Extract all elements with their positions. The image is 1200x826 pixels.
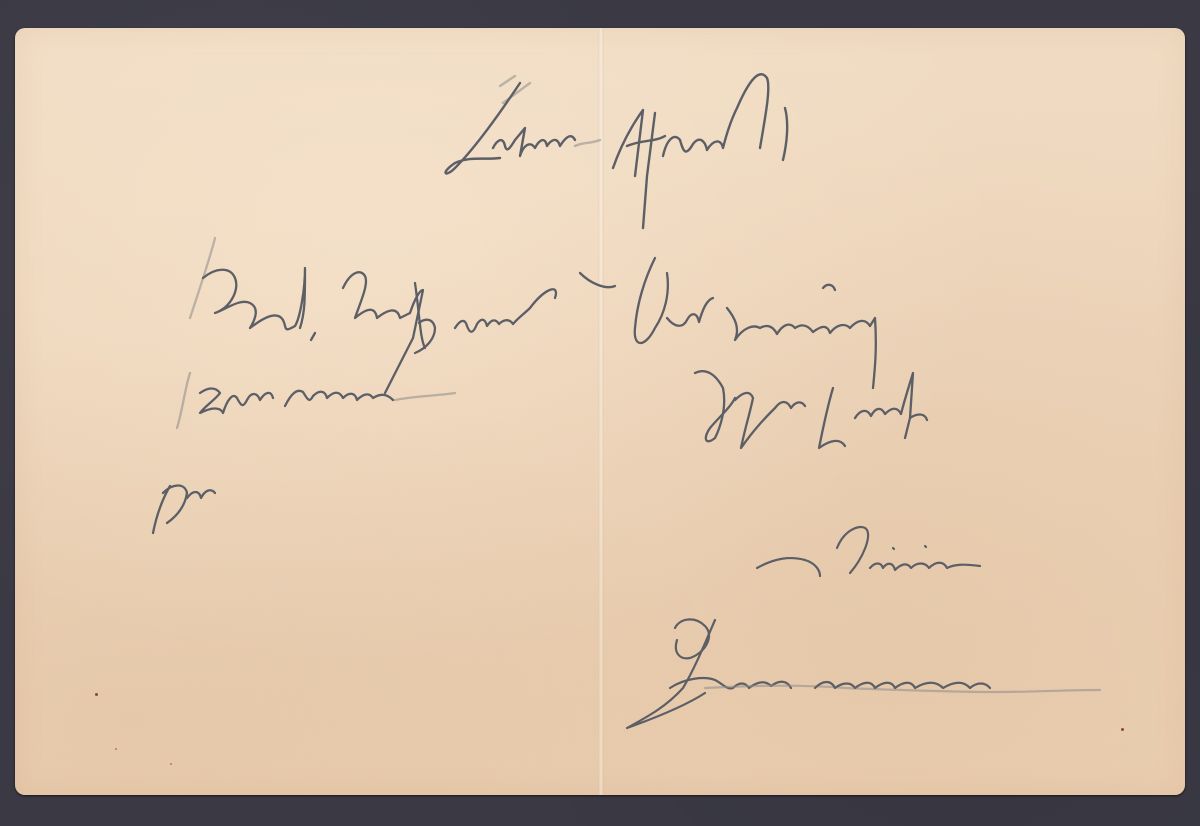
postcard: Lieber Alfred! Herzl. Gruß und Glückwuns… (15, 28, 1185, 795)
signature-strokes (627, 619, 1100, 728)
line1-strokes (190, 238, 876, 393)
closing-strokes (757, 527, 980, 576)
salutation-strokes (446, 74, 788, 228)
line2-strokes (177, 371, 927, 448)
line3-strokes (153, 486, 215, 534)
handwriting-strokes (15, 28, 1185, 795)
